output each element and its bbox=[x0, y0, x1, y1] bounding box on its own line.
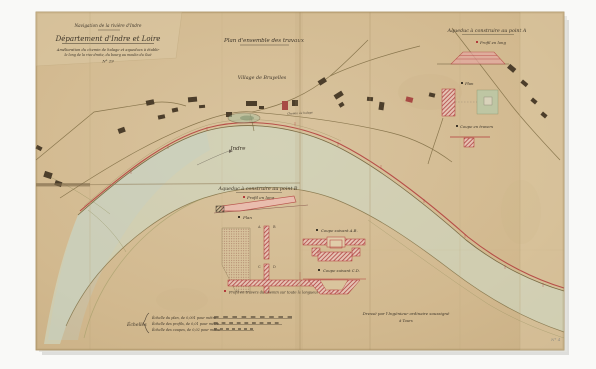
section-ab-right-block bbox=[352, 248, 360, 256]
village-basin-inner bbox=[240, 116, 254, 121]
plan-aqueduct-wall-1 bbox=[264, 226, 269, 259]
detail-a-profile-marker bbox=[476, 41, 478, 43]
section-ab-label: Coupe suivant A.B. bbox=[321, 228, 358, 233]
building-footprint bbox=[246, 101, 257, 106]
title-block-subtitle2: le long de la rive droite, du bourg au m… bbox=[64, 53, 151, 57]
photographed-map: Navigation de la rivière d'Indre Départe… bbox=[0, 0, 596, 369]
plan-letter-b: B bbox=[273, 225, 276, 229]
section-cd-invert bbox=[330, 290, 338, 294]
crease-dark-segment bbox=[36, 183, 90, 187]
building-footprint bbox=[199, 105, 205, 109]
detail-a-plan-red bbox=[442, 89, 455, 116]
legend-row-label-1: Échelle du plan, de 0,001 pour mètre bbox=[151, 315, 216, 320]
main-title-group: Plan d'ensemble des travaux bbox=[223, 38, 305, 45]
title-block-subtitle1: Amélioration du chemin de halage et aque… bbox=[56, 48, 160, 52]
section-ab-base bbox=[318, 252, 352, 261]
building-footprint bbox=[282, 101, 288, 110]
crease-shade bbox=[295, 12, 303, 350]
detail-a-section-marker bbox=[456, 125, 458, 127]
section-cd-marker bbox=[318, 269, 320, 271]
title-block-department: Navigation de la rivière d'Indre bbox=[74, 23, 142, 28]
title-block-title: Département d'Indre et Loire bbox=[55, 35, 161, 43]
detail-a-section-square bbox=[464, 138, 474, 147]
detail-a-plan-label: Plan bbox=[464, 81, 474, 86]
title-block-number: N° 29 bbox=[101, 59, 114, 64]
detail-a-plan-inner-square bbox=[484, 97, 492, 105]
profile-abutment-block bbox=[216, 206, 224, 212]
map-canvas: Navigation de la rivière d'Indre Départe… bbox=[0, 0, 596, 369]
main-title: Plan d'ensemble des travaux bbox=[223, 38, 305, 44]
plan-letter-a: A bbox=[257, 225, 261, 229]
detail-b-caption: Profil en travers du chemin sur toute la… bbox=[228, 291, 319, 295]
section-ab-marker bbox=[316, 229, 318, 231]
corner-note: N° 4 bbox=[550, 337, 561, 342]
plan-letter-d: D bbox=[273, 265, 276, 269]
profile-marker bbox=[243, 196, 245, 198]
stain bbox=[156, 288, 208, 312]
village-label: Village de Bruyelles bbox=[238, 75, 287, 81]
plan-marker bbox=[238, 216, 240, 218]
stain bbox=[501, 180, 541, 244]
legend-row-label-2: Échelle des profils, de 0,01 pour mètre bbox=[151, 321, 219, 326]
building-footprint bbox=[188, 97, 197, 103]
legend-row-label-3: Échelle des coupes, de 0,02 pour mètre bbox=[151, 327, 220, 332]
detail-b-plan-label: Plan bbox=[242, 215, 252, 220]
signature-line1: Dressé par l'Ingénieur ordinaire soussig… bbox=[362, 311, 450, 316]
detail-a-title: Aqueduc à construire au point A bbox=[447, 27, 527, 34]
plan-letter-c: C bbox=[258, 265, 261, 269]
signature-line2: à Tours bbox=[399, 319, 413, 323]
detail-a-section-label: Coupe en travers bbox=[460, 124, 493, 129]
detail-a-profile-label: Profil en long bbox=[479, 40, 506, 45]
detail-b-title: Aqueduc à construire au point B bbox=[218, 185, 298, 192]
detail-a-plan-marker bbox=[461, 82, 463, 84]
section-cd-label: Coupe suivant C.D. bbox=[323, 268, 360, 273]
caption-marker bbox=[224, 290, 226, 292]
section-ab-opening bbox=[327, 237, 345, 247]
plan-aqueduct-wall-2 bbox=[264, 264, 269, 293]
building-footprint bbox=[259, 106, 264, 109]
